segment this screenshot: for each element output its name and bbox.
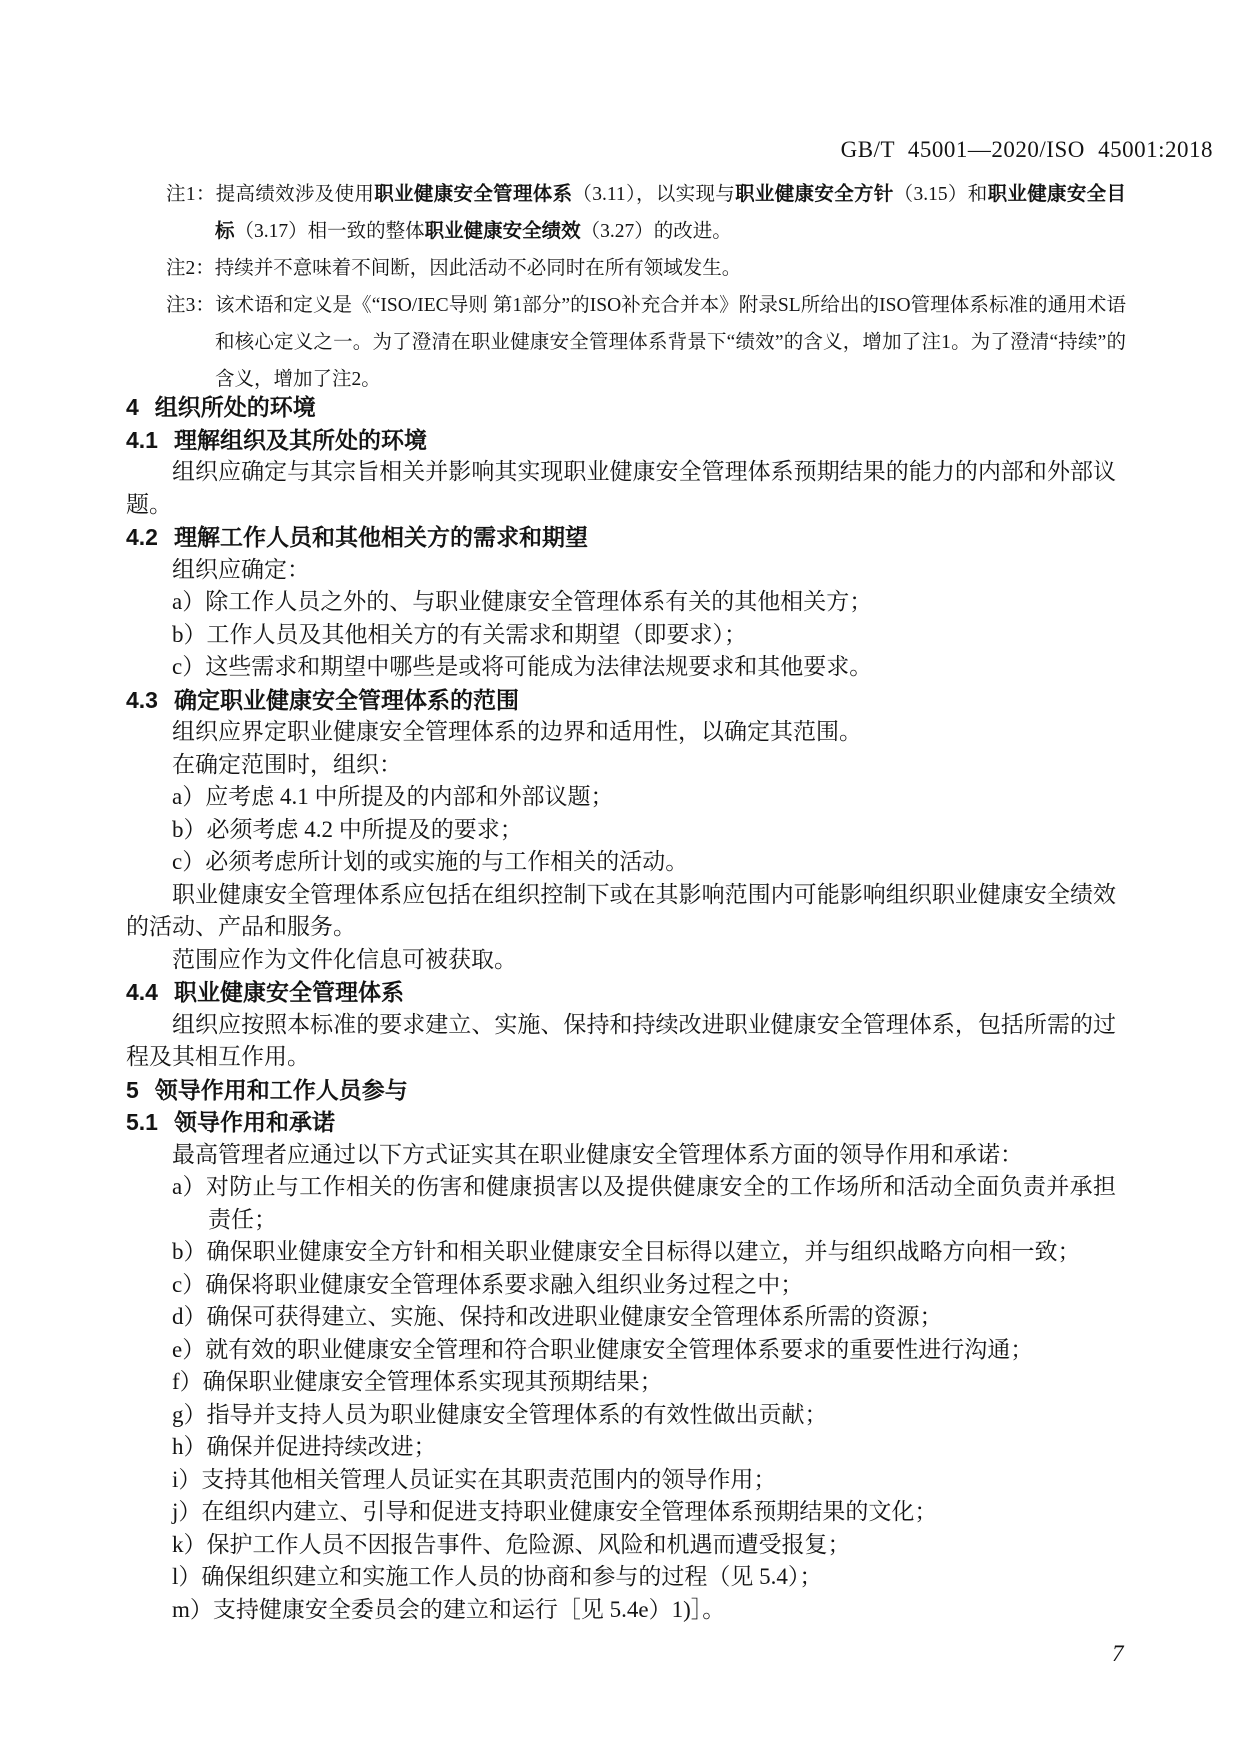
heading-number: 4 [126, 391, 139, 424]
note-label: 注3： [166, 295, 215, 316]
list-item-label: i） [172, 1467, 201, 1492]
list-item: d）确保可获得建立、实施、保持和改进职业健康安全管理体系所需的资源； [172, 1301, 1116, 1334]
note-text: （3.27）的改进。 [581, 221, 732, 242]
list-item-text: 确保组织建立和实施工作人员的协商和参与的过程（见 5.4）； [201, 1564, 822, 1589]
list-item: m）支持健康安全委员会的建立和运行［见 5.4e）1)］。 [172, 1594, 1116, 1627]
section-heading: 5领导作用和工作人员参与 [126, 1074, 1116, 1107]
section-heading: 4.3确定职业健康安全管理体系的范围 [126, 684, 1116, 717]
note-text: 职业健康安全管理体系 [374, 183, 572, 205]
page-number: 7 [1112, 1641, 1124, 1667]
list-item-text: 支持健康安全委员会的建立和运行［见 5.4e）1)］。 [213, 1597, 725, 1622]
list-item-text: 指导并支持人员为职业健康安全管理体系的有效性做出贡献； [207, 1402, 828, 1427]
list-item-label: h） [172, 1434, 207, 1459]
list-item-label: l） [172, 1564, 201, 1589]
paragraph: 组织应按照本标准的要求建立、实施、保持和持续改进职业健康安全管理体系，包括所需的… [126, 1009, 1116, 1074]
list-item-text: 必须考虑所计划的或实施的与工作相关的活动。 [205, 849, 688, 874]
list-item-text: 就有效的职业健康安全管理和符合职业健康安全管理体系要求的重要性进行沟通； [205, 1337, 1033, 1362]
list-item-label: a） [172, 784, 205, 809]
note-label: 注1： [166, 184, 216, 205]
list-item: l）确保组织建立和实施工作人员的协商和参与的过程（见 5.4）； [172, 1561, 1116, 1594]
note-label: 注2： [166, 258, 215, 279]
note-text: 职业健康安全方针 [735, 183, 894, 205]
heading-number: 4.2 [126, 521, 158, 554]
list-item-text: 必须考虑 4.2 中所提及的要求； [207, 817, 523, 842]
list-item: g）指导并支持人员为职业健康安全管理体系的有效性做出贡献； [172, 1399, 1116, 1432]
list-item-label: e） [172, 1337, 205, 1362]
list-item-label: f） [172, 1369, 203, 1394]
list-item: k）保护工作人员不因报告事件、危险源、风险和机遇而遭受报复； [172, 1529, 1116, 1562]
list-item-label: m） [172, 1597, 213, 1622]
note-text: 该术语和定义是《“ISO/IEC导则 第1部分”的ISO补充合并本》附录SL所给… [215, 295, 1126, 390]
list-item-text: 支持其他相关管理人员证实在其职责范围内的领导作用； [201, 1467, 776, 1492]
heading-number: 4.4 [126, 976, 158, 1009]
list-item-label: a） [172, 589, 205, 614]
list-item: b）确保职业健康安全方针和相关职业健康安全目标得以建立，并与组织战略方向相一致； [172, 1236, 1116, 1269]
paragraph: 职业健康安全管理体系应包括在组织控制下或在其影响范围内可能影响组织职业健康安全绩… [126, 879, 1116, 944]
note-text: （3.15）和 [894, 184, 988, 205]
list-item-text: 对防止与工作相关的伤害和健康损害以及提供健康安全的工作场所和活动全面负责并承担责… [206, 1174, 1116, 1232]
paragraph: 组织应界定职业健康安全管理体系的边界和适用性，以确定其范围。 [126, 716, 1116, 749]
list-item: e）就有效的职业健康安全管理和符合职业健康安全管理体系要求的重要性进行沟通； [172, 1334, 1116, 1367]
list-item: a）应考虑 4.1 中所提及的内部和外部议题； [172, 781, 1116, 814]
list-item-text: 这些需求和期望中哪些是或将可能成为法律法规要求和其他要求。 [205, 654, 872, 679]
heading-number: 4.3 [126, 684, 158, 717]
document-code-header: GB/T 45001—2020/ISO 45001:2018 [0, 137, 1213, 163]
list-item: b）必须考虑 4.2 中所提及的要求； [172, 814, 1116, 847]
heading-title: 领导作用和承诺 [174, 1109, 335, 1135]
list-item-text: 保护工作人员不因报告事件、危险源、风险和机遇而遭受报复； [207, 1532, 851, 1557]
list-item: c）这些需求和期望中哪些是或将可能成为法律法规要求和其他要求。 [172, 651, 1116, 684]
list-item-text: 确保并促进持续改进； [207, 1434, 437, 1459]
list-item: a）除工作人员之外的、与职业健康安全管理体系有关的其他相关方； [172, 586, 1116, 619]
document-body: 4组织所处的环境4.1理解组织及其所处的环境组织应确定与其宗旨相关并影响其实现职… [126, 391, 1116, 1626]
document-page: GB/T 45001—2020/ISO 45001:2018 注1：提高绩效涉及… [0, 0, 1241, 1755]
list-item: j）在组织内建立、引导和促进支持职业健康安全管理体系预期结果的文化； [172, 1496, 1116, 1529]
list-item: c）确保将职业健康安全管理体系要求融入组织业务过程之中； [172, 1269, 1116, 1302]
list-item-text: 应考虑 4.1 中所提及的内部和外部议题； [205, 784, 613, 809]
list-item-text: 确保可获得建立、实施、保持和改进职业健康安全管理体系所需的资源； [207, 1304, 943, 1329]
heading-number: 5.1 [126, 1106, 158, 1139]
heading-title: 理解工作人员和其他相关方的需求和期望 [174, 524, 588, 550]
list-item-label: c） [172, 1272, 205, 1297]
note-text: 持续并不意味着不间断，因此活动不必同时在所有领域发生。 [215, 258, 742, 279]
section-heading: 5.1领导作用和承诺 [126, 1106, 1116, 1139]
list-item-label: k） [172, 1532, 207, 1557]
heading-title: 职业健康安全管理体系 [174, 979, 404, 1005]
note-text: 提高绩效涉及使用 [216, 184, 375, 205]
heading-title: 组织所处的环境 [155, 394, 316, 420]
list-item-label: j） [172, 1499, 201, 1524]
list-item-label: d） [172, 1304, 207, 1329]
note: 注2：持续并不意味着不间断，因此活动不必同时在所有领域发生。 [166, 250, 1126, 287]
list-item-label: c） [172, 849, 205, 874]
section-heading: 4.2理解工作人员和其他相关方的需求和期望 [126, 521, 1116, 554]
list-item-label: b） [172, 1239, 207, 1264]
heading-number: 4.1 [126, 424, 158, 457]
list-item-label: g） [172, 1402, 207, 1427]
list-item-text: 工作人员及其他相关方的有关需求和期望（即要求）； [207, 622, 748, 647]
list-item: c）必须考虑所计划的或实施的与工作相关的活动。 [172, 846, 1116, 879]
section-heading: 4.1理解组织及其所处的环境 [126, 424, 1116, 457]
list-item: i）支持其他相关管理人员证实在其职责范围内的领导作用； [172, 1464, 1116, 1497]
list-item-label: a） [172, 1174, 206, 1199]
list-item-label: b） [172, 817, 207, 842]
list-item-label: b） [172, 622, 207, 647]
note-text: 职业健康安全绩效 [425, 220, 581, 242]
note-text: （3.17）相一致的整体 [235, 221, 425, 242]
paragraph: 组织应确定： [126, 554, 1116, 587]
note-text: （3.11），以实现与 [572, 184, 735, 205]
list-item: f）确保职业健康安全管理体系实现其预期结果； [172, 1366, 1116, 1399]
list-item-text: 确保将职业健康安全管理体系要求融入组织业务过程之中； [205, 1272, 803, 1297]
list-item: h）确保并促进持续改进； [172, 1431, 1116, 1464]
heading-title: 确定职业健康安全管理体系的范围 [174, 687, 519, 713]
heading-number: 5 [126, 1074, 139, 1107]
list-item: b）工作人员及其他相关方的有关需求和期望（即要求）； [172, 619, 1116, 652]
heading-title: 领导作用和工作人员参与 [155, 1077, 408, 1103]
heading-title: 理解组织及其所处的环境 [174, 427, 427, 453]
list-item-text: 在组织内建立、引导和促进支持职业健康安全管理体系预期结果的文化； [201, 1499, 937, 1524]
note: 注1：提高绩效涉及使用职业健康安全管理体系（3.11），以实现与职业健康安全方针… [166, 176, 1126, 250]
paragraph: 最高管理者应通过以下方式证实其在职业健康安全管理体系方面的领导作用和承诺： [126, 1139, 1116, 1172]
list-item-text: 确保职业健康安全管理体系实现其预期结果； [203, 1369, 663, 1394]
list-item-label: c） [172, 654, 205, 679]
list-item-text: 除工作人员之外的、与职业健康安全管理体系有关的其他相关方； [205, 589, 872, 614]
section-heading: 4.4职业健康安全管理体系 [126, 976, 1116, 1009]
paragraph: 在确定范围时，组织： [126, 749, 1116, 782]
list-item: a）对防止与工作相关的伤害和健康损害以及提供健康安全的工作场所和活动全面负责并承… [172, 1171, 1116, 1236]
paragraph: 范围应作为文件化信息可被获取。 [126, 944, 1116, 977]
note: 注3：该术语和定义是《“ISO/IEC导则 第1部分”的ISO补充合并本》附录S… [166, 287, 1126, 398]
list-item-text: 确保职业健康安全方针和相关职业健康安全目标得以建立，并与组织战略方向相一致； [207, 1239, 1081, 1264]
paragraph: 组织应确定与其宗旨相关并影响其实现职业健康安全管理体系预期结果的能力的内部和外部… [126, 456, 1116, 521]
section-heading: 4组织所处的环境 [126, 391, 1116, 424]
notes-section: 注1：提高绩效涉及使用职业健康安全管理体系（3.11），以实现与职业健康安全方针… [166, 176, 1126, 398]
